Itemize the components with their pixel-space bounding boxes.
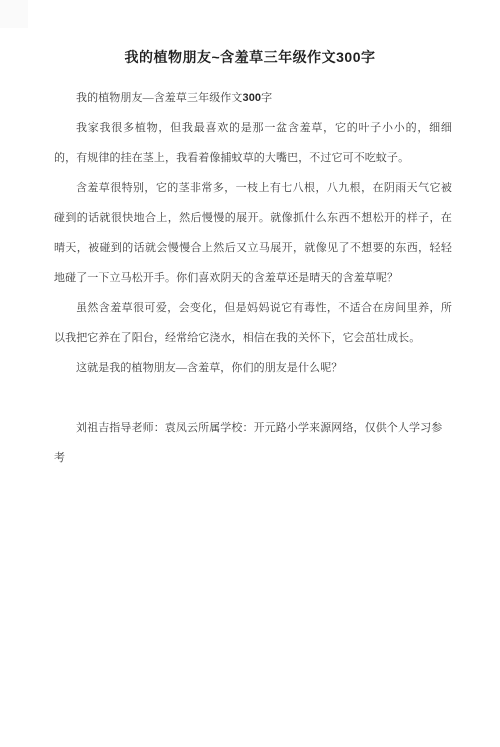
- essay-subtitle-prefix: 我的植物朋友—含羞草三年级作文: [76, 92, 243, 104]
- essay-paragraph: 虽然含羞草很可爱，会变化，但是妈妈说它有毒性，不适合在房间里养，所以我把它养在了…: [54, 293, 452, 353]
- attribution-line: 刘祖吉指导老师：袁凤云所属学校：开元路小学来源网络，仅供个人学习参考: [54, 413, 452, 473]
- essay-paragraph: 这就是我的植物朋友—含羞草，你们的朋友是什么呢？: [54, 353, 452, 383]
- essay-paragraph: 我家我很多植物，但我最喜欢的是那一盆含羞草，它的叶子小小的，细细的，有规律的挂在…: [54, 113, 452, 173]
- essay-paragraph: 含羞草很特别，它的茎非常多，一枝上有七八根，八九根，在阴雨天气它被碰到的话就很快…: [54, 173, 452, 293]
- essay-subtitle: 我的植物朋友—含羞草三年级作文300字: [54, 83, 452, 113]
- page-title: 我的植物朋友~含羞草三年级作文300字: [40, 49, 460, 66]
- essay-subtitle-wordcount: 300: [243, 92, 262, 104]
- page-corner-artifact: [0, 0, 28, 28]
- document-page: 我的植物朋友~含羞草三年级作文300字 我的植物朋友—含羞草三年级作文300字 …: [0, 0, 500, 747]
- essay-subtitle-suffix: 字: [261, 92, 272, 104]
- essay-body: 我的植物朋友—含羞草三年级作文300字 我家我很多植物，但我最喜欢的是那一盆含羞…: [54, 83, 452, 473]
